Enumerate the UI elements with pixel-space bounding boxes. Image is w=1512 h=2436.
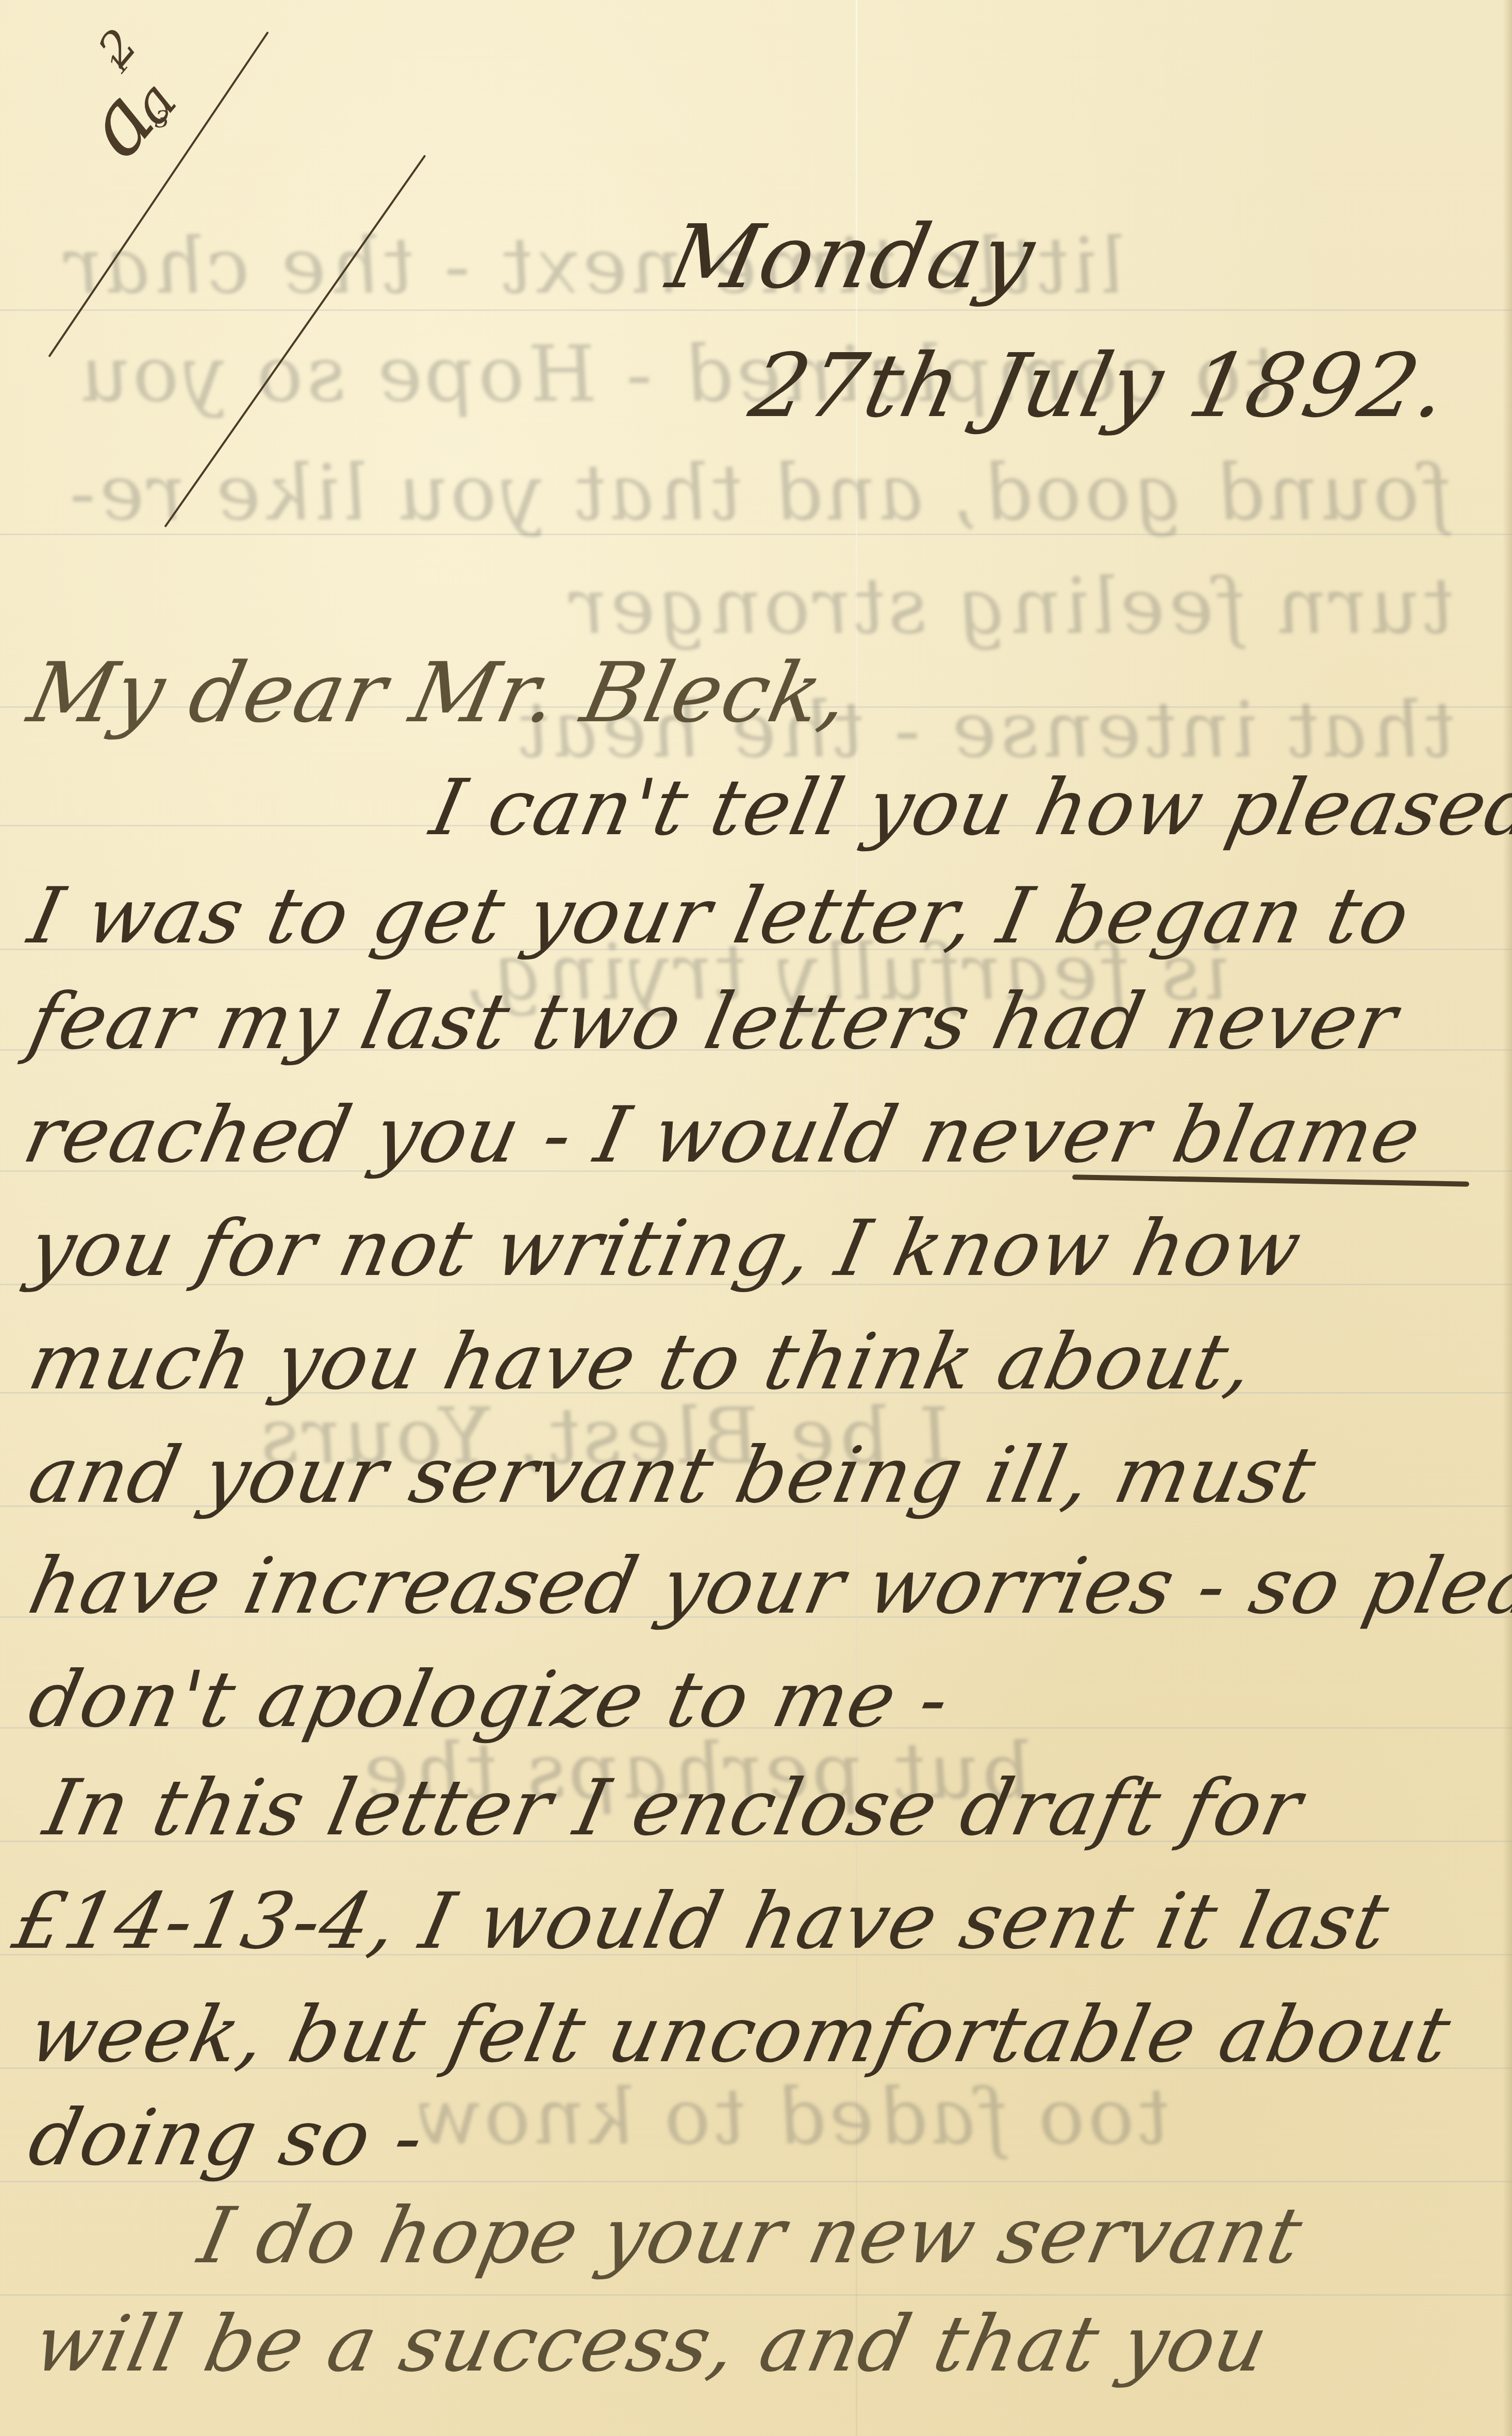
- body-line: will be a success, and that you: [27, 2299, 1276, 2389]
- archival-slash-line: [164, 155, 426, 527]
- show-through-text: turn feeling stronger: [561, 562, 1460, 652]
- body-line: I can't tell you how pleased: [424, 763, 1512, 853]
- body-line: I do hope your new servant: [192, 2191, 1310, 2281]
- body-line: doing so -: [22, 2093, 433, 2183]
- body-line: £14-13-4, I would have sent it last: [6, 1877, 1397, 1966]
- body-line: fear my last two letters had never: [22, 977, 1406, 1067]
- paper-edge: [1503, 0, 1512, 2436]
- body-line: I was to get your letter, I began to: [22, 871, 1418, 961]
- ruled-line: [0, 309, 1512, 311]
- archival-slash-line: [48, 31, 269, 357]
- archival-mark-sub-2: 3: [155, 106, 170, 133]
- body-line: week, but felt uncomfortable about: [22, 1990, 1459, 2080]
- letter-day: Monday: [659, 206, 1044, 308]
- ruled-line: [0, 534, 1512, 535]
- show-through-text: too faded to know: [406, 2073, 1176, 2162]
- body-line: don't apologize to me -: [22, 1655, 958, 1745]
- ruled-line: [0, 2294, 1512, 2296]
- body-line: and your servant being ill, must: [22, 1431, 1324, 1520]
- body-line: have increased your worries - so please: [22, 1542, 1512, 1631]
- letter-page: little time next - the char to complaine…: [0, 0, 1512, 2436]
- body-line: you for not writing, I know how: [22, 1204, 1310, 1294]
- show-through-text: found good, and that you like re-: [61, 449, 1458, 538]
- letter-date: 27th July 1892.: [742, 335, 1458, 437]
- body-line: much you have to think about,: [22, 1317, 1262, 1407]
- body-line: In this letter I enclose draft for: [37, 1763, 1310, 1853]
- body-line: reached you - I would never blame: [16, 1090, 1429, 1180]
- archival-mark-number: 3: [155, 106, 170, 133]
- salutation: My dear Mr. Bleck,: [21, 644, 859, 741]
